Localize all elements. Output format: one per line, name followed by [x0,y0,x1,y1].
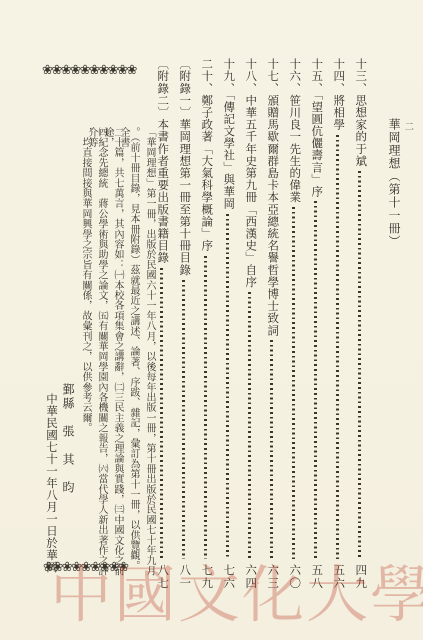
toc-entry-page: 八七 [156,564,168,590]
toc-entry: 十八、中華五千年史第九冊「西漢史」自序 六四 [242,58,257,590]
toc-entry-page: 七九 [200,564,212,590]
dot-leader [182,280,184,559]
toc-entry: 十四、將相學 五六 [330,58,345,590]
toc-entry-page: 五八 [310,564,322,590]
dot-leader [270,340,272,559]
table-of-contents: 十三、思想家的于斌 四九 十四、將相學 五六 十五、「望圓伉儷壽言」序 五八 十… [154,58,367,590]
toc-entry-title: 二十、鄭子政著「大氣科學概論」序 [200,58,212,252]
signature-date: 中華民國七十一年八月一日於華岡 [44,127,56,579]
dot-leader [314,201,316,559]
toc-entry-page: 六四 [244,564,256,590]
toc-entry-page: 六三 [266,564,278,590]
dot-leader [226,214,228,559]
folio-number: 二 [404,119,414,133]
toc-entry: 十三、思想家的于斌 四九 [352,58,367,590]
dot-leader [248,292,250,559]
toc-entry-page: 七六 [222,564,234,590]
toc-entry-title: 十四、將相學 [332,58,344,131]
volume-title: 華岡理想（第十一冊） [388,118,400,248]
note-column: 。（前十冊目錄，見本冊附錄）茲就最近之講述、論著、序跋、雜記，彙訂為第十一冊，以… [127,127,138,579]
dot-leader [336,135,338,559]
toc-entry-title: 〔附錄一〕華岡理想第一冊至第十冊目錄 [178,58,190,276]
book-page: ❀❀❀❀❀❀❀❀❀❀ ❀❀❀❀❀❀❀❀❀ 華岡理想（第十一冊） 二 十三、思想家… [0,0,423,640]
toc-entry: 〔附錄一〕華岡理想第一冊至第十冊目錄 八一 [176,58,191,590]
dot-leader [358,171,360,559]
toc-entry-title: 十八、中華五千年史第九冊「西漢史」自序 [244,58,256,288]
toc-entry-title: 十三、思想家的于斌 [354,58,366,167]
toc-entry-title: 十五、「望圓伉儷壽言」序 [310,58,322,197]
toc-entry: 十五、「望圓伉儷壽言」序 五八 [308,58,323,590]
note-column: ，均直接間接與華岡興學之宗旨有關係，故彙刊之，以供參考云爾。 [79,127,90,579]
toc-entry-page: 四九 [354,564,366,590]
note-column: 二十篇，共七萬言，其內容如：㈠本校各項集會之講辭，㈡三民主義之理論與實踐，㈢中國… [111,127,122,579]
dot-leader [160,268,162,559]
toc-entry-title: 十九、「傳記文學社」與華岡 [222,58,234,210]
toc-entry-page: 五六 [332,564,344,590]
toc-entry-title: 〔附錄二〕本書作者重要出版書籍目錄 [156,58,168,264]
dot-leader [292,207,294,559]
toc-entry: 十六、笹川良一先生的偉業 六〇 [286,58,301,590]
note-column: ㈣紀念先總統 蔣公學術與助學之論文，㈤有關華岡學園內各機關之報告，㈥當代學人新出… [95,127,106,579]
signature-author-name: 鄞縣 張 其 昀 [61,127,74,579]
toc-entry: 二十、鄭子政著「大氣科學概論」序 七九 [198,58,213,590]
editorial-note: 「華岡理想」第一冊，出版於民國六十一年八月，以後每年出版一冊，第十冊出版於民國七… [44,127,154,579]
toc-entry-page: 八一 [178,564,190,590]
toc-entry-title: 十六、笹川良一先生的偉業 [288,58,300,203]
toc-entry-page: 六〇 [288,564,300,590]
toc-entry: 〔附錄二〕本書作者重要出版書籍目錄 八七 [154,58,169,590]
dot-leader [204,256,206,559]
toc-entry-title: 十七、頒贈馬歇爾群島卡本亞總統名譽哲學博士致詞 [266,58,278,336]
flower-border-top-icon: ❀❀❀❀❀❀❀❀❀❀ [42,62,136,78]
toc-entry: 十九、「傳記文學社」與華岡 七六 [220,58,235,590]
toc-entry: 十七、頒贈馬歇爾群島卡本亞總統名譽哲學博士致詞 六三 [264,58,279,590]
note-column: 「華岡理想」第一冊，出版於民國六十一年八月，以後每年出版一冊，第十冊出版於民國七… [143,127,154,579]
